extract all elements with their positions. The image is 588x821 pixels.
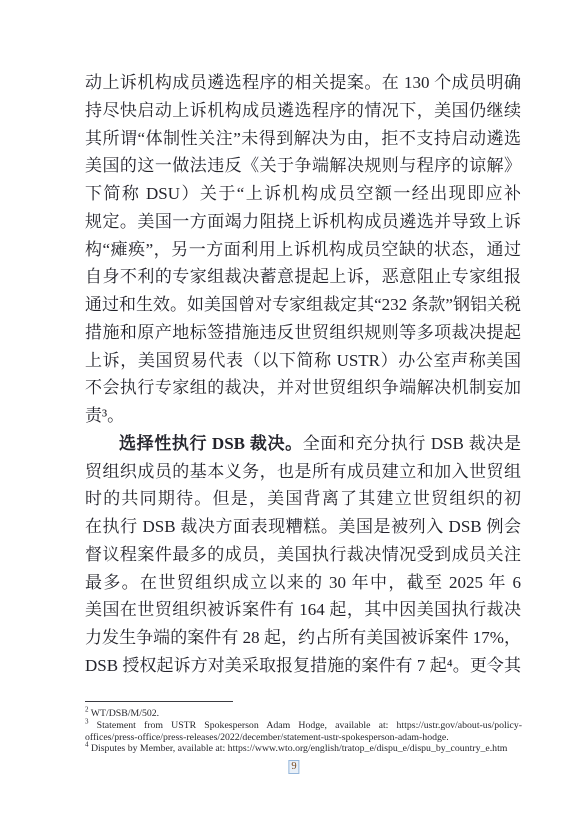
body-line-text: 最多。在世贸组织成立以来的 30 年中，截至 2025 年 6 月， <box>85 573 521 597</box>
body-line-text: 持尽快启动上诉机构成员遴选程序的情况下，美国仍继续以 <box>85 101 521 125</box>
body-line: 督议程案件最多的成员，美国执行裁决情况受到成员关注也 <box>85 541 521 569</box>
body-line: DSB 授权起诉方对美采取报复措施的案件有 7 起⁴。更令其 <box>85 652 521 680</box>
body-line: 时的共同期待。但是，美国背离了其建立世贸组织的初衷， <box>85 485 521 513</box>
document-page: 动上诉机构成员遴选程序的相关提案。在 130 个成员明确支持尽快启动上诉机构成员… <box>0 0 588 821</box>
body-line: 动上诉机构成员遴选程序的相关提案。在 130 个成员明确支 <box>85 69 521 97</box>
body-line-text: 在执行 DSB 裁决方面表现糟糕。美国是被列入 DSB 例会监 <box>85 517 521 541</box>
body-line: 规定。美国一方面竭力阻挠上诉机构成员遴选并导致上诉机 <box>85 208 521 236</box>
body-line-text: 构“瘫痪”，另一方面利用上诉机构成员空缺的状态，通过对 <box>85 240 521 264</box>
body-line-text: 贸组织成员的基本义务，也是所有成员建立和加入世贸组织 <box>85 462 521 486</box>
body-line: 最多。在世贸组织成立以来的 30 年中，截至 2025 年 6 月， <box>85 569 521 597</box>
body-line: 上诉，美国贸易代表（以下简称 USTR）办公室声称美国将 <box>85 347 521 375</box>
body-line-text: 上诉，美国贸易代表（以下简称 USTR）办公室声称美国将 <box>85 351 521 375</box>
body-line: 其所谓“体制性关注”未得到解决为由，拒不支持启动遴选²。 <box>85 125 521 153</box>
body-text-block: 动上诉机构成员遴选程序的相关提案。在 130 个成员明确支持尽快启动上诉机构成员… <box>85 69 521 681</box>
footnote-separator <box>85 701 233 702</box>
footnote-text: WT/DSB/M/502. <box>89 708 160 719</box>
run-in-heading: 选择性执行 DSB 裁决。 <box>119 434 303 453</box>
body-line: 力发生争端的案件有 28 起，约占所有美国被诉案件 17%， <box>85 624 521 652</box>
body-line: 不会执行专家组的裁决，并对世贸组织争端解决机制妄加指 <box>85 374 521 402</box>
body-line: 贸组织成员的基本义务，也是所有成员建立和加入世贸组织 <box>85 458 521 486</box>
body-line: 构“瘫痪”，另一方面利用上诉机构成员空缺的状态，通过对 <box>85 236 521 264</box>
body-line-text: 其所谓“体制性关注”未得到解决为由，拒不支持启动遴选²。 <box>85 129 521 153</box>
body-line-text: 规定。美国一方面竭力阻挠上诉机构成员遴选并导致上诉机 <box>85 212 521 236</box>
body-line-text: 不会执行专家组的裁决，并对世贸组织争端解决机制妄加指 <box>85 378 521 402</box>
body-line-text: 力发生争端的案件有 28 起，约占所有美国被诉案件 17%， <box>85 628 521 647</box>
body-line-text: 通过和生效。如美国曾对专家组裁定其“232 条款”钢铝关税 <box>85 295 521 314</box>
body-line: 美国在世贸组织被诉案件有 164 起，其中因美国执行裁决不 <box>85 596 521 624</box>
body-line-text: 措施和原产地标签措施违反世贸组织规则等多项裁决提起 <box>85 323 521 342</box>
body-line: 通过和生效。如美国曾对专家组裁定其“232 条款”钢铝关税 <box>85 291 521 319</box>
body-line-text: 自身不利的专家组裁决蓄意提起上诉，恶意阻止专家组报告 <box>85 267 521 291</box>
footnote-text: Statement from USTR Spokesperson Adam Ho… <box>85 720 522 743</box>
footnote-item: 3 Statement from USTR Spokesperson Adam … <box>85 720 522 744</box>
body-line-text: 美国的这一做法违反《关于争端解决规则与程序的谅解》（以 <box>85 156 521 180</box>
body-line: 在执行 DSB 裁决方面表现糟糕。美国是被列入 DSB 例会监 <box>85 513 521 541</box>
body-line: 自身不利的专家组裁决蓄意提起上诉，恶意阻止专家组报告 <box>85 263 521 291</box>
page-number: 9 <box>288 760 299 774</box>
body-line: 美国的这一做法违反《关于争端解决规则与程序的谅解》（以 <box>85 152 521 180</box>
footnote-item: 2 WT/DSB/M/502. <box>85 708 522 720</box>
body-line: 下简称 DSU）关于“上诉机构成员空额一经出现即应补足”的 <box>85 180 521 208</box>
body-line-text: DSB 授权起诉方对美采取报复措施的案件有 7 起⁴。更令其 <box>85 656 521 675</box>
footnote-item: 4 Disputes by Member, available at: http… <box>85 743 522 755</box>
footnote-text: Disputes by Member, available at: https:… <box>89 743 508 754</box>
body-line: 选择性执行 DSB 裁决。全面和充分执行 DSB 裁决是世 <box>85 430 521 458</box>
body-line-text: 责³。 <box>85 406 124 425</box>
body-line-text: 动上诉机构成员遴选程序的相关提案。在 130 个成员明确支 <box>85 73 521 97</box>
body-line: 持尽快启动上诉机构成员遴选程序的情况下，美国仍继续以 <box>85 97 521 125</box>
body-line-text: 时的共同期待。但是，美国背离了其建立世贸组织的初衷， <box>85 489 521 513</box>
body-line: 措施和原产地标签措施违反世贸组织规则等多项裁决提起 <box>85 319 521 347</box>
body-line-text: 美国在世贸组织被诉案件有 164 起，其中因美国执行裁决不 <box>85 600 521 624</box>
body-line-text: 下简称 DSU）关于“上诉机构成员空额一经出现即应补足”的 <box>85 184 521 208</box>
footnotes-block: 2 WT/DSB/M/502.3 Statement from USTR Spo… <box>85 708 522 755</box>
body-line: 责³。 <box>85 402 521 430</box>
body-line-text: 督议程案件最多的成员，美国执行裁决情况受到成员关注也 <box>85 545 521 569</box>
